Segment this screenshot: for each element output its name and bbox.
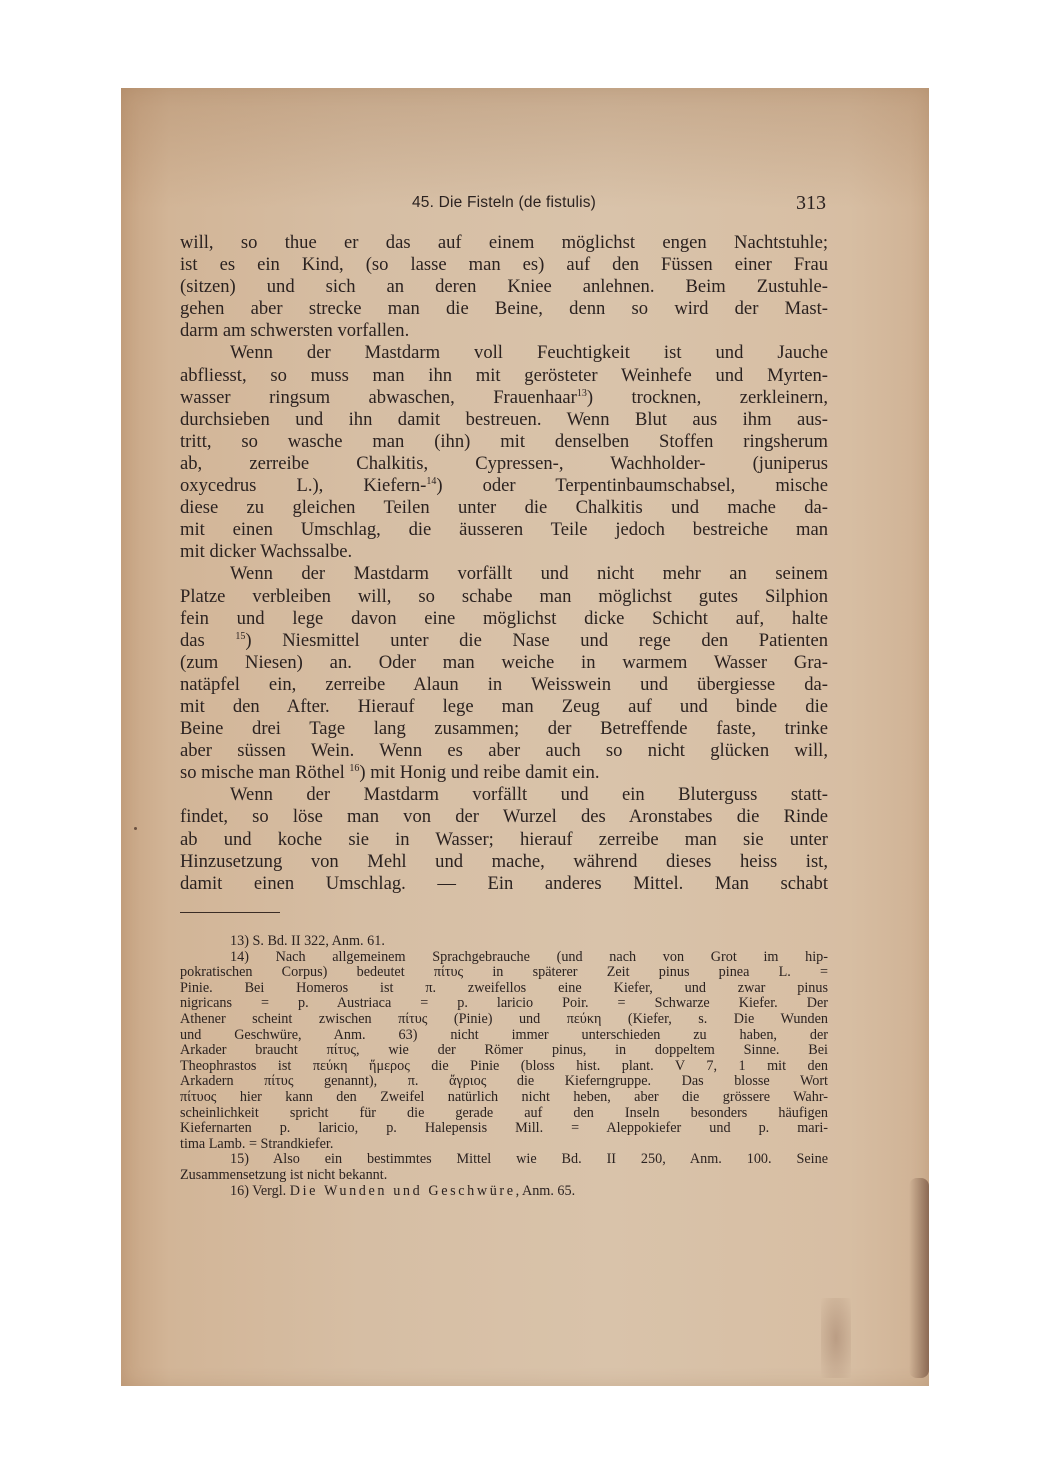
text-line: gehen aber strecke man die Beine, denn s…	[180, 298, 828, 320]
running-title: 45. Die Fisteln (de fistulis)	[180, 194, 828, 212]
page-smudge	[821, 1298, 851, 1378]
text-line: Hinzusetzung von Mehl und mache, während…	[180, 851, 828, 873]
text-line: darm am schwersten vorfallen.	[180, 320, 828, 342]
footnote-ref-14[interactable]: 14	[426, 476, 436, 487]
text-line: tritt, so wasche man (ihn) mit denselben…	[180, 431, 828, 453]
footnote-14: 14) Nach allgemeinem Sprachgebrauche (un…	[180, 950, 828, 1153]
footnote-line: Arkader braucht πίτυς, wie der Römer pin…	[180, 1043, 828, 1059]
text-line: durchsieben und ihn damit bestreuen. Wen…	[180, 409, 828, 431]
text-line: mit dicker Wachssalbe.	[180, 541, 828, 563]
running-header: 45. Die Fisteln (de fistulis) 313	[180, 192, 828, 222]
footnote-line: Zusammensetzung ist nicht bekannt.	[180, 1168, 828, 1184]
text-line: abfliesst, so muss man ihn mit geröstete…	[180, 365, 828, 387]
footnote-line: Athener scheint zwischen πίτυς (Pinie) u…	[180, 1012, 828, 1028]
footnote-ref-13[interactable]: 13	[577, 388, 587, 399]
text-line: Wenn der Mastdarm voll Feuchtigkeit ist …	[180, 342, 828, 364]
footnote-text: 16) Vergl.	[230, 1183, 286, 1199]
text-segment: ) Niesmittel unter die Nase und rege den…	[245, 630, 828, 651]
text-line: das 15) Niesmittel unter die Nase und re…	[180, 630, 828, 652]
text-segment: wasser ringsum abwaschen, Frauenhaar	[180, 387, 577, 408]
text-line: will, so thue er das auf einem möglichst…	[180, 232, 828, 254]
footnotes: 13) S. Bd. II 322, Anm. 61. 14) Nach all…	[180, 934, 828, 1199]
footnote-text: , Anm. 65.	[516, 1183, 576, 1199]
text-line: mit den After. Hierauf lege man Zeug auf…	[180, 696, 828, 718]
text-line: findet, so löse man von der Wurzel des A…	[180, 806, 828, 828]
text-line: Beine drei Tage lang zusammen; der Betre…	[180, 718, 828, 740]
footnote-separator	[180, 912, 280, 913]
text-line: diese zu gleichen Teilen unter die Chalk…	[180, 497, 828, 519]
text-line: ist es ein Kind, (so lasse man es) auf d…	[180, 254, 828, 276]
page-edge-stain	[909, 1178, 929, 1378]
paragraph-1: will, so thue er das auf einem möglichst…	[180, 232, 828, 342]
text-segment: das	[180, 630, 205, 651]
footnote-line: scheinlichkeit spricht für die gerade au…	[180, 1106, 828, 1122]
footnote-line: πίτυος hier kann den Zweifel natürlich n…	[180, 1090, 828, 1106]
text-line: oxycedrus L.), Kiefern-14) oder Terpenti…	[180, 475, 828, 497]
text-line: (sitzen) und sich an deren Kniee anlehne…	[180, 276, 828, 298]
text-line: mit einen Umschlag, die äusseren Teile j…	[180, 519, 828, 541]
text-line: ab und koche sie in Wasser; hierauf zerr…	[180, 829, 828, 851]
cited-title: Die Wunden und Geschwüre	[290, 1183, 516, 1199]
text-line: fein und lege davon eine möglichst dicke…	[180, 608, 828, 630]
footnote-line: 14) Nach allgemeinem Sprachgebrauche (un…	[180, 950, 828, 966]
text-segment: ) oder Terpentinbaumschabsel, mische	[436, 475, 828, 496]
footnote-line: Theophrastos ist πεύκη ἥμερος die Pinie …	[180, 1059, 828, 1075]
footnote-15: 15) Also ein bestimmtes Mittel wie Bd. I…	[180, 1152, 828, 1183]
footnote-line: Pinie. Bei Homeros ist π. zweifellos ein…	[180, 981, 828, 997]
text-line: ab, zerreibe Chalkitis, Cypressen-, Wach…	[180, 453, 828, 475]
footnote-16: 16) Vergl. Die Wunden und Geschwüre, Anm…	[180, 1184, 828, 1200]
text-segment: so mische man Röthel	[180, 762, 345, 783]
paragraph-4: Wenn der Mastdarm vorfällt und ein Blute…	[180, 784, 828, 894]
text-line: natäpfel ein, zerreibe Alaun in Weisswei…	[180, 674, 828, 696]
text-line: Wenn der Mastdarm vorfällt und nicht meh…	[180, 563, 828, 585]
text-segment: oxycedrus L.), Kiefern-	[180, 475, 426, 496]
footnote-line: pokratischen Corpus) bedeutet πίτυς in s…	[180, 965, 828, 981]
text-line: Platze verbleiben will, so schabe man mö…	[180, 586, 828, 608]
text-line: aber süssen Wein. Wenn es aber auch so n…	[180, 740, 828, 762]
text-line: wasser ringsum abwaschen, Frauenhaar13) …	[180, 387, 828, 409]
footnote-line: tima Lamb. = Strandkiefer.	[180, 1137, 828, 1153]
body-text: will, so thue er das auf einem möglichst…	[180, 232, 828, 895]
paragraph-2: Wenn der Mastdarm voll Feuchtigkeit ist …	[180, 342, 828, 563]
footnote-line: und Geschwüre, Anm. 63) nicht immer unte…	[180, 1028, 828, 1044]
text-line: so mische man Röthel 16) mit Honig und r…	[180, 762, 828, 784]
footnote-ref-15[interactable]: 15	[235, 631, 245, 642]
text-segment: ) trocknen, zerkleinern,	[587, 387, 828, 408]
text-line: Wenn der Mastdarm vorfällt und ein Blute…	[180, 784, 828, 806]
margin-mark	[134, 827, 137, 830]
book-page: 45. Die Fisteln (de fistulis) 313 will, …	[121, 88, 929, 1386]
paragraph-3: Wenn der Mastdarm vorfällt und nicht meh…	[180, 563, 828, 784]
text-line: damit einen Umschlag. — Ein anderes Mitt…	[180, 873, 828, 895]
footnote-ref-16[interactable]: 16	[349, 763, 359, 774]
footnote-13: 13) S. Bd. II 322, Anm. 61.	[180, 934, 828, 950]
text-line: (zum Niesen) an. Oder man weiche in warm…	[180, 652, 828, 674]
page-number: 313	[796, 192, 826, 215]
footnote-line: Kiefernarten p. laricio, p. Halepensis M…	[180, 1121, 828, 1137]
footnote-line: Arkadern πίτυς genannt), π. ἄγριος die K…	[180, 1074, 828, 1090]
footnote-line: 15) Also ein bestimmtes Mittel wie Bd. I…	[180, 1152, 828, 1168]
footnote-line: nigricans = p. Austriaca = p. laricio Po…	[180, 996, 828, 1012]
text-segment: ) mit Honig und reibe damit ein.	[359, 762, 599, 783]
